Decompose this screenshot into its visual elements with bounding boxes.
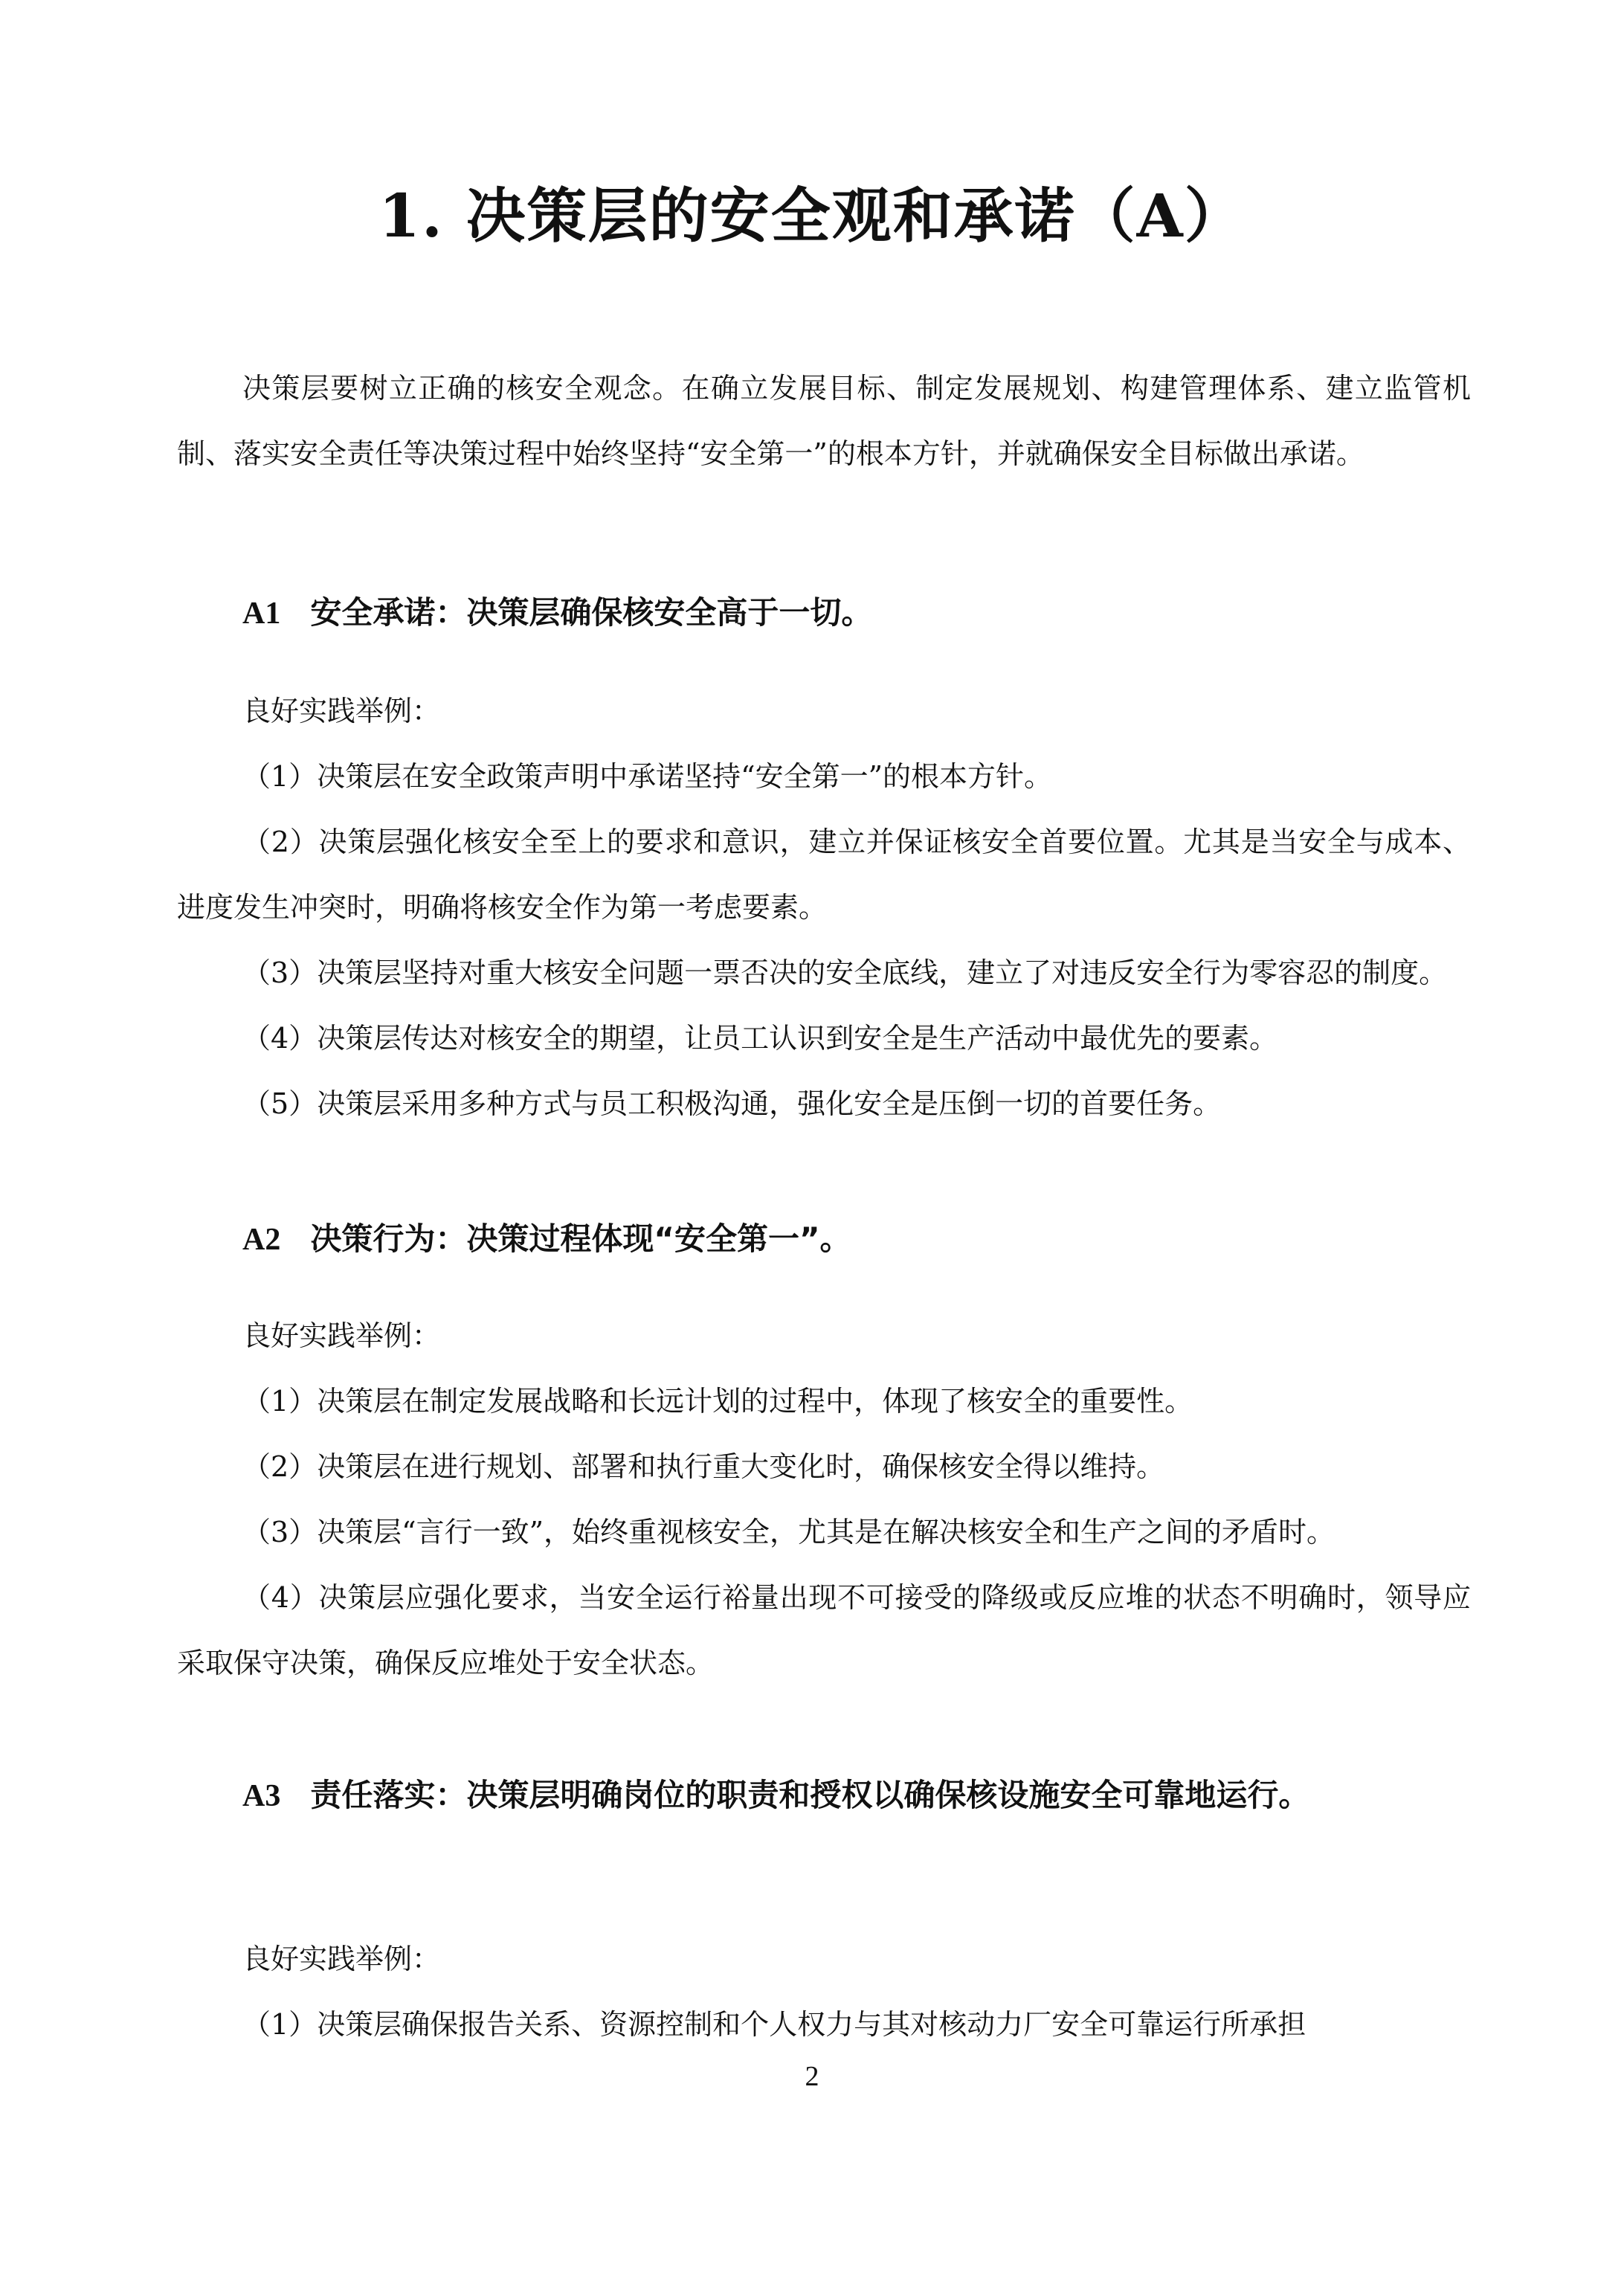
section-code: A3 xyxy=(177,1762,280,1830)
intro-paragraph: 决策层要树立正确的核安全观念。在确立发展目标、制定发展规划、构建管理体系、建立监… xyxy=(177,356,1471,486)
document-page: 1. 决策层的安全观和承诺（A） 决策层要树立正确的核安全观念。在确立发展目标、… xyxy=(0,0,1624,2284)
section-a2: A2决策行为：决策过程体现“安全第一”。 xyxy=(177,1203,1471,1275)
section-heading: A3责任落实：决策层明确岗位的职责和授权以确保核设施安全可靠地运行。 xyxy=(177,1761,1471,1830)
page-number: 2 xyxy=(0,2060,1624,2093)
section-a1-body: 良好实践举例： （1）决策层在安全政策声明中承诺坚持“安全第一”的根本方针。 （… xyxy=(177,678,1471,1136)
section-a2-body: 良好实践举例： （1）决策层在制定发展战略和长远计划的过程中，体现了核安全的重要… xyxy=(177,1303,1471,1696)
section-a3-body: 良好实践举例： （1）决策层确保报告关系、资源控制和个人权力与其对核动力厂安全可… xyxy=(177,1926,1471,2057)
intro-block: 决策层要树立正确的核安全观念。在确立发展目标、制定发展规划、构建管理体系、建立监… xyxy=(177,356,1471,486)
list-item: （3）决策层坚持对重大核安全问题一票否决的安全底线，建立了对违反安全行为零容忍的… xyxy=(177,940,1471,1006)
list-item: （3）决策层“言行一致”，始终重视核安全，尤其是在解决核安全和生产之间的矛盾时。 xyxy=(177,1499,1471,1565)
section-heading: A1安全承诺：决策层确保核安全高于一切。 xyxy=(177,577,1471,649)
section-heading-text: 决策行为：决策过程体现“安全第一”。 xyxy=(310,1220,851,1257)
list-item: （1）决策层在安全政策声明中承诺坚持“安全第一”的根本方针。 xyxy=(177,744,1471,809)
list-item: （1）决策层确保报告关系、资源控制和个人权力与其对核动力厂安全可靠运行所承担 xyxy=(177,1992,1471,2057)
list-item: （4）决策层传达对核安全的期望，让员工认识到安全是生产活动中最优先的要素。 xyxy=(177,1006,1471,1071)
examples-label: 良好实践举例： xyxy=(177,1926,1471,1992)
page-title: 1. 决策层的安全观和承诺（A） xyxy=(0,186,1624,245)
section-a3: A3责任落实：决策层明确岗位的职责和授权以确保核设施安全可靠地运行。 xyxy=(177,1761,1471,1830)
list-item: （1）决策层在制定发展战略和长远计划的过程中，体现了核安全的重要性。 xyxy=(177,1368,1471,1434)
section-heading-text: 责任落实：决策层明确岗位的职责和授权以确保核设施安全可靠地运行。 xyxy=(310,1777,1309,1813)
examples-label: 良好实践举例： xyxy=(177,1303,1471,1368)
section-heading-text: 安全承诺：决策层确保核安全高于一切。 xyxy=(310,594,872,631)
list-item: （2）决策层在进行规划、部署和执行重大变化时，确保核安全得以维持。 xyxy=(177,1434,1471,1499)
list-item: （2）决策层强化核安全至上的要求和意识，建立并保证核安全首要位置。尤其是当安全与… xyxy=(177,809,1471,940)
section-heading: A2决策行为：决策过程体现“安全第一”。 xyxy=(177,1203,1471,1275)
list-item: （5）决策层采用多种方式与员工积极沟通，强化安全是压倒一切的首要任务。 xyxy=(177,1071,1471,1136)
section-code: A2 xyxy=(177,1204,280,1275)
section-a1: A1安全承诺：决策层确保核安全高于一切。 xyxy=(177,577,1471,649)
section-code: A1 xyxy=(177,578,280,649)
examples-label: 良好实践举例： xyxy=(177,678,1471,744)
list-item: （4）决策层应强化要求，当安全运行裕量出现不可接受的降级或反应堆的状态不明确时，… xyxy=(177,1565,1471,1696)
